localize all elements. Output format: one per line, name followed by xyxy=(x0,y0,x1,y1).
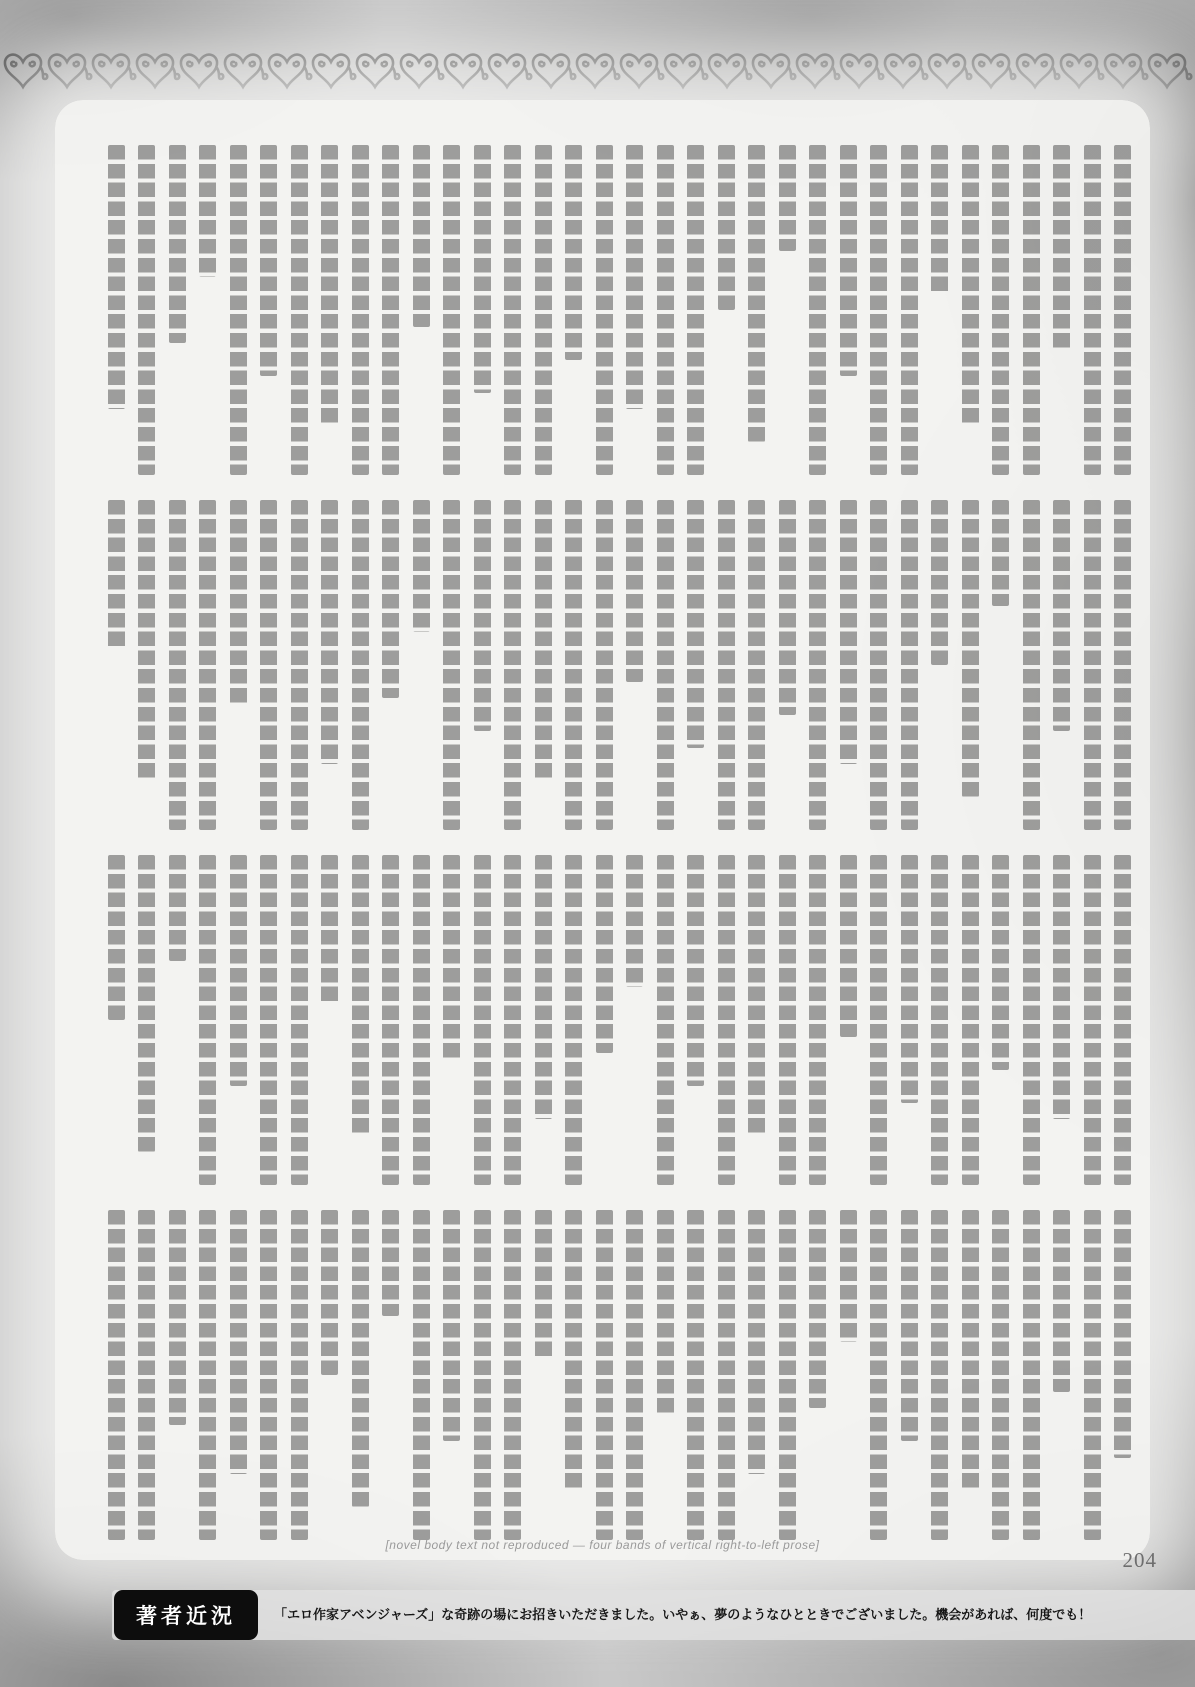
redacted-text-column xyxy=(443,145,460,475)
redacted-text-column xyxy=(291,855,308,1185)
redacted-text-column xyxy=(901,500,918,830)
redacted-text-column xyxy=(840,1210,857,1342)
redacted-text-column xyxy=(169,145,186,343)
redacted-text-column xyxy=(199,855,216,1185)
redacted-text-column xyxy=(962,145,979,426)
vertical-text-band-4 xyxy=(91,1210,1131,1540)
redacted-text-column xyxy=(535,1210,552,1359)
redacted-text-column xyxy=(504,1210,521,1540)
redacted-text-column xyxy=(565,145,582,360)
redacted-text-column xyxy=(413,855,430,1185)
redacted-text-column xyxy=(840,500,857,764)
redacted-text-column xyxy=(1053,855,1070,1119)
redacted-text-column xyxy=(748,1210,765,1474)
redacted-text-column xyxy=(260,1210,277,1540)
redacted-text-column xyxy=(535,500,552,781)
redacted-text-column xyxy=(413,145,430,327)
redacted-text-column xyxy=(870,145,887,475)
redacted-text-column xyxy=(992,145,1009,475)
redacted-text-column xyxy=(1053,1210,1070,1392)
redacted-text-column xyxy=(962,1210,979,1491)
redacted-text-column xyxy=(657,855,674,1185)
redacted-text-column xyxy=(199,500,216,830)
redacted-text-column xyxy=(382,145,399,475)
redacted-text-column xyxy=(1084,855,1101,1185)
text-panel: [novel body text not reproduced — four b… xyxy=(55,100,1150,1560)
redacted-text-column xyxy=(718,145,735,310)
redacted-text-column xyxy=(291,500,308,830)
redacted-text-column xyxy=(718,1210,735,1540)
redacted-text-column xyxy=(260,855,277,1185)
redacted-text-column xyxy=(1114,855,1131,1185)
redacted-text-column xyxy=(321,1210,338,1375)
redacted-text-column xyxy=(413,500,430,632)
redacted-text-column xyxy=(260,500,277,830)
redacted-text-column xyxy=(626,855,643,987)
redacted-text-column xyxy=(260,145,277,376)
redacted-text-column xyxy=(413,1210,430,1540)
footer-label: 著者近況 xyxy=(114,1590,258,1640)
redacted-text-column xyxy=(565,855,582,1185)
redacted-text-column xyxy=(779,1210,796,1540)
redacted-text-column xyxy=(931,145,948,294)
redacted-text-column xyxy=(901,1210,918,1441)
heart-scroll-border-ornament xyxy=(0,38,1195,100)
author-news-footer: 著者近況 「エロ作家アベンジャーズ」な奇跡の場にお招きいただきました。いやぁ、夢… xyxy=(112,1590,1195,1640)
redacted-text-column xyxy=(1053,500,1070,731)
redacted-text-column xyxy=(962,500,979,797)
redacted-text-column xyxy=(565,500,582,830)
redacted-text-column xyxy=(992,500,1009,606)
redacted-text-column xyxy=(657,500,674,830)
redacted-text-column xyxy=(992,1210,1009,1540)
redacted-text-column xyxy=(230,855,247,1086)
redacted-text-column xyxy=(504,500,521,830)
redacted-text-column xyxy=(474,500,491,731)
redacted-text-column xyxy=(108,855,125,1020)
redacted-text-column xyxy=(291,145,308,475)
redacted-text-column xyxy=(230,1210,247,1474)
redacted-text-column xyxy=(474,1210,491,1540)
redacted-text-column xyxy=(138,855,155,1152)
redacted-text-column xyxy=(870,1210,887,1540)
redacted-text-column xyxy=(382,855,399,1185)
redacted-text-column xyxy=(657,145,674,475)
redacted-text-column xyxy=(169,500,186,830)
redacted-text-column xyxy=(687,145,704,475)
redacted-text-column xyxy=(596,855,613,1053)
redacted-text-column xyxy=(321,145,338,426)
redacted-text-column xyxy=(992,855,1009,1070)
redacted-text-column xyxy=(1053,145,1070,350)
redacted-text-column xyxy=(687,855,704,1086)
redacted-text-column xyxy=(1084,1210,1101,1540)
redacted-text-column xyxy=(809,500,826,830)
redacted-text-column xyxy=(718,855,735,1185)
redacted-text-column xyxy=(596,500,613,830)
redacted-text-column xyxy=(1023,145,1040,475)
redacted-text-column xyxy=(474,855,491,1185)
redacted-text-column xyxy=(199,1210,216,1540)
redacted-text-column xyxy=(626,1210,643,1540)
redacted-text-column xyxy=(809,145,826,475)
redacted-text-column xyxy=(230,145,247,475)
redacted-text-column xyxy=(291,1210,308,1540)
redacted-text-column xyxy=(901,855,918,1103)
redacted-text-column xyxy=(504,145,521,475)
redacted-text-column xyxy=(169,1210,186,1425)
redacted-text-column xyxy=(352,145,369,475)
vertical-text-band-2 xyxy=(91,500,1131,830)
redacted-text-column xyxy=(565,1210,582,1491)
redacted-text-column xyxy=(1084,500,1101,830)
redacted-text-column xyxy=(596,1210,613,1540)
redacted-text-column xyxy=(1114,145,1131,475)
redaction-note: [novel body text not reproduced — four b… xyxy=(55,1538,1150,1552)
redacted-text-column xyxy=(108,1210,125,1540)
redacted-text-column xyxy=(931,1210,948,1540)
redacted-text-column xyxy=(443,855,460,1060)
redacted-text-column xyxy=(931,500,948,665)
redacted-text-column xyxy=(504,855,521,1185)
redacted-text-column xyxy=(870,855,887,1185)
redacted-text-column xyxy=(687,1210,704,1540)
redacted-text-column xyxy=(230,500,247,705)
redacted-text-column xyxy=(321,500,338,764)
redacted-text-column xyxy=(1023,1210,1040,1540)
redacted-text-column xyxy=(1023,500,1040,830)
redacted-text-column xyxy=(840,145,857,376)
vertical-text-band-1 xyxy=(91,145,1131,475)
redacted-text-column xyxy=(108,500,125,649)
redacted-text-column xyxy=(1114,1210,1131,1458)
redacted-text-column xyxy=(779,145,796,251)
redacted-text-column xyxy=(748,500,765,830)
redacted-text-column xyxy=(840,855,857,1037)
redacted-text-column xyxy=(931,855,948,1185)
redacted-text-column xyxy=(626,145,643,409)
redacted-text-column xyxy=(748,145,765,442)
redacted-text-column xyxy=(138,1210,155,1540)
redacted-text-column xyxy=(626,500,643,682)
redacted-text-column xyxy=(474,145,491,393)
redacted-text-column xyxy=(443,500,460,830)
redacted-text-column xyxy=(779,855,796,1185)
redacted-text-column xyxy=(718,500,735,830)
redacted-text-column xyxy=(687,500,704,748)
redacted-text-column xyxy=(596,145,613,475)
redacted-text-column xyxy=(352,855,369,1136)
vertical-text-band-3 xyxy=(91,855,1131,1185)
redacted-text-column xyxy=(108,145,125,409)
redacted-text-column xyxy=(870,500,887,830)
redacted-text-column xyxy=(169,855,186,961)
redacted-text-column xyxy=(1114,500,1131,830)
redacted-text-column xyxy=(138,500,155,781)
redacted-text-column xyxy=(382,500,399,698)
redacted-text-column xyxy=(535,855,552,1119)
redacted-text-column xyxy=(779,500,796,715)
redacted-text-column xyxy=(809,855,826,1185)
redacted-text-column xyxy=(443,1210,460,1441)
redacted-text-column xyxy=(352,1210,369,1507)
page-number: 204 xyxy=(1123,1548,1158,1573)
redacted-text-column xyxy=(657,1210,674,1415)
redacted-text-column xyxy=(321,855,338,1004)
redacted-text-column xyxy=(809,1210,826,1408)
redacted-text-column xyxy=(962,855,979,1185)
redacted-text-column xyxy=(1023,855,1040,1185)
redacted-text-column xyxy=(535,145,552,475)
redacted-text-column xyxy=(352,500,369,830)
redacted-text-column xyxy=(382,1210,399,1316)
redacted-text-column xyxy=(1084,145,1101,475)
redacted-text-column xyxy=(199,145,216,277)
footer-text: 「エロ作家アベンジャーズ」な奇跡の場にお招きいただきました。いやぁ、夢のようなひ… xyxy=(274,1605,1091,1625)
redacted-text-column xyxy=(138,145,155,475)
redacted-text-column xyxy=(748,855,765,1136)
redacted-text-column xyxy=(901,145,918,475)
